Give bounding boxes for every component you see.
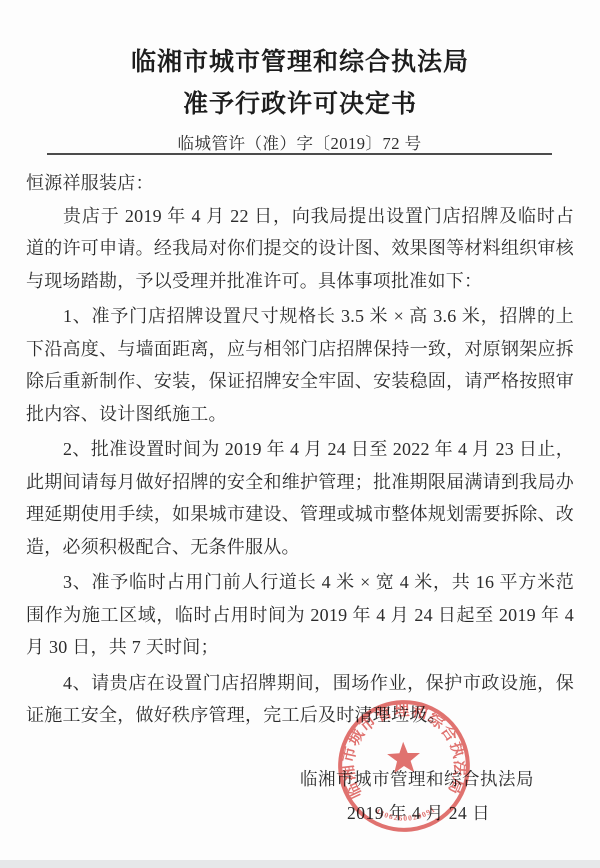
body-paragraph: 2、批准设置时间为 2019 年 4 月 24 日至 2022 年 4 月 23… [26,433,574,563]
scan-page-edge [0,860,600,868]
document-body: 恒源祥服装店： 贵店于 2019 年 4 月 22 日，向我局提出设置门店招牌及… [26,167,574,735]
document-page: 临湘市城市管理和综合执法局 准予行政许可决定书 临城管许（准）字〔2019〕72… [0,0,600,868]
seal-code: 4306260020091 [374,804,438,824]
document-title-line2: 准予行政许可决定书 [0,84,600,120]
body-paragraph: 1、准予门店招牌设置尺寸规格长 3.5 米 × 高 3.6 米，招牌的上下沿高度… [26,300,574,430]
body-paragraph: 3、准予临时占用门前人行道长 4 米 × 宽 4 米，共 16 平方米范围作为施… [26,566,574,664]
official-seal: 临湘市城市管理和综合执法局 4306260020091 [325,687,482,844]
star-icon [387,741,421,773]
body-paragraph: 4、请贵店在设置门店招牌期间，围场作业，保护市政设施，保证施工安全，做好秩序管理… [26,667,574,732]
document-number: 临城管许（准）字〔2019〕72 号 [47,130,552,155]
document-title-line1: 临湘市城市管理和综合执法局 [0,42,600,78]
addressee-line: 恒源祥服装店： [26,167,574,200]
body-paragraph: 贵店于 2019 年 4 月 22 日，向我局提出设置门店招牌及临时占道的许可申… [26,200,574,298]
